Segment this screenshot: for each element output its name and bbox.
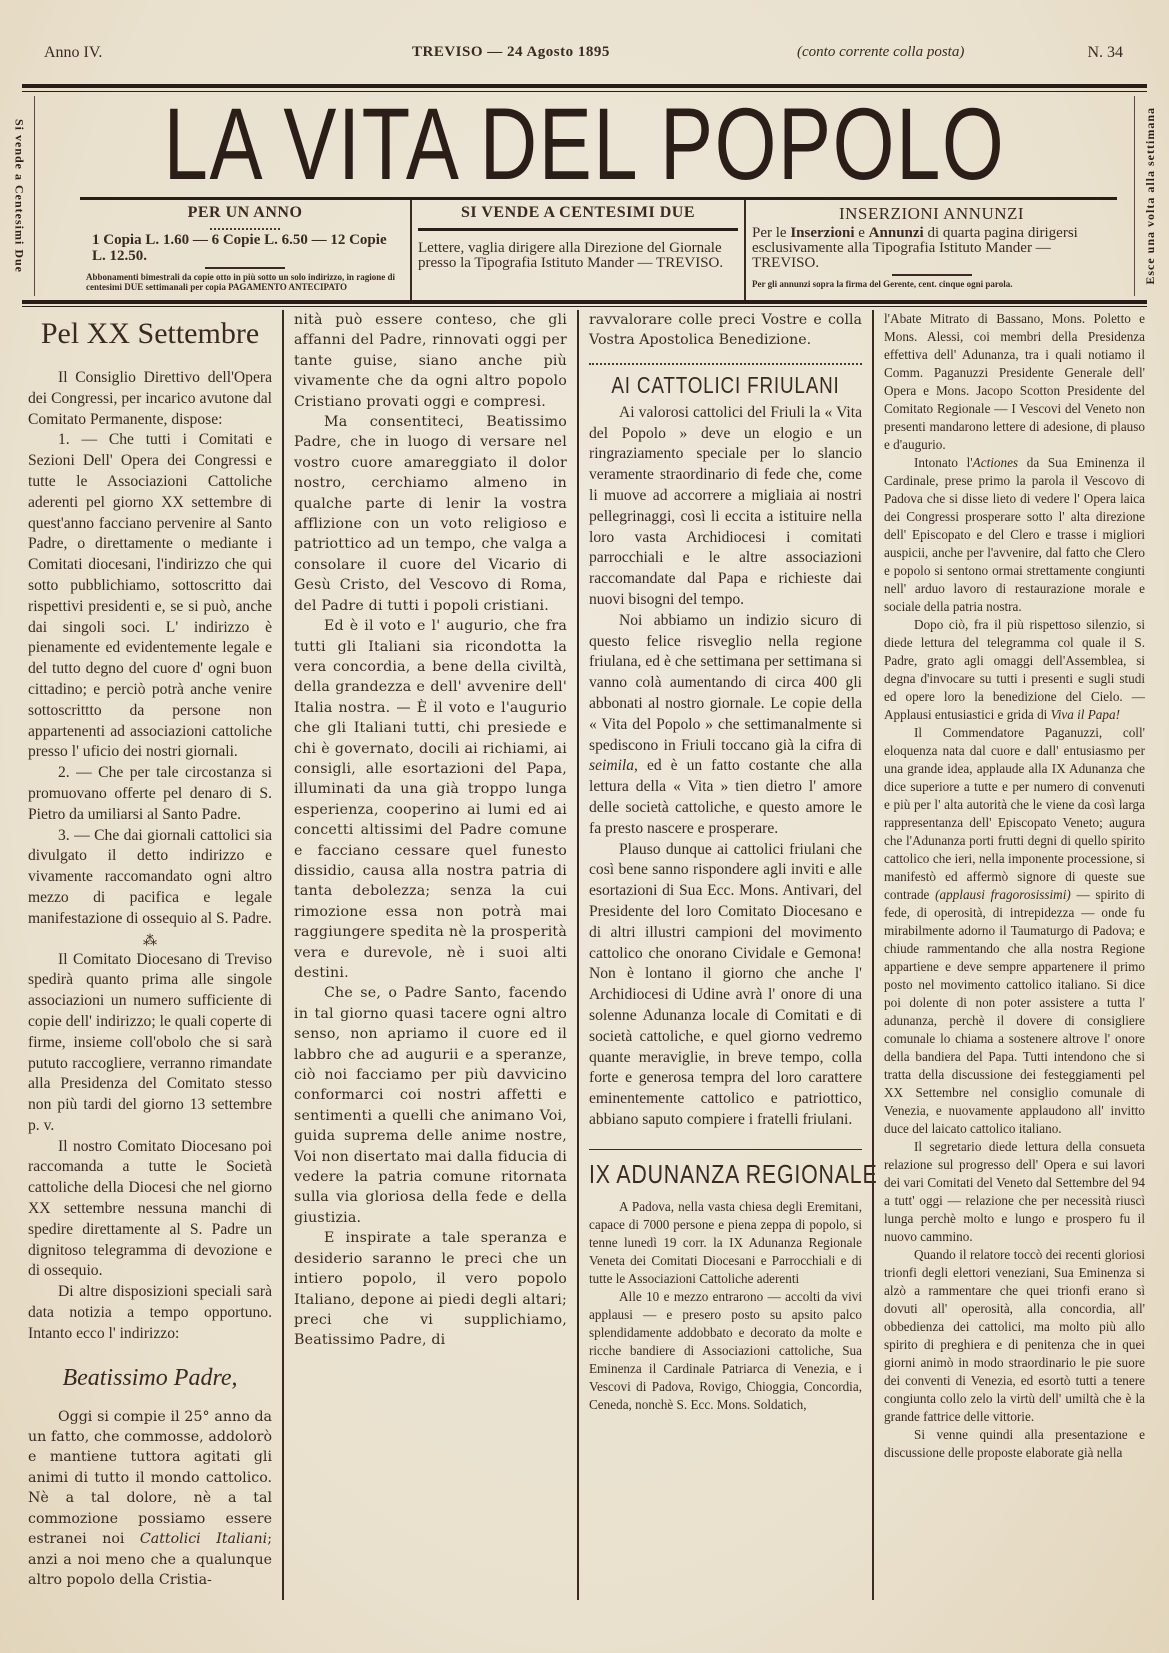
column-4: l'Abate Mitrato di Bassano, Mons. Polett… — [872, 310, 1155, 1600]
issue-number: N. 34 — [1087, 44, 1123, 62]
side-text-right: Esce una volta alla settimana — [1143, 107, 1158, 285]
text-run: Intonato l' — [914, 455, 973, 470]
masthead-info-row: PER UN ANNO 1 Copia L. 1.60 — 6 Copie L.… — [80, 197, 1117, 300]
text-run: da Sua Eminenza il Cardinale, prese prim… — [884, 455, 1145, 614]
paragraph: Il nostro Comitato Diocesano poi raccoma… — [28, 1137, 272, 1283]
paragraph: Oggi si compie il 25° anno da un fatto, … — [28, 1407, 272, 1591]
side-band-right: Esce una volta alla settimana — [1134, 96, 1165, 296]
dateline: Anno IV. TREVISO — 24 Agosto 1895 (conto… — [42, 44, 1127, 66]
paragraph: Di altre disposizioni speciali sarà data… — [28, 1282, 272, 1344]
subscription-note: Abbonamenti bimestrali da copie otto in … — [86, 272, 404, 292]
paragraph: Il Comitato Diocesano di Treviso spedirà… — [28, 950, 272, 1137]
headline-pel-xx-settembre: Pel XX Settembre — [28, 314, 272, 354]
text-run: Noi abbiamo un indizio sicuro di questo … — [589, 612, 862, 754]
volume-year: Anno IV. — [44, 44, 102, 62]
newspaper-page: Anno IV. TREVISO — 24 Agosto 1895 (conto… — [0, 0, 1169, 1653]
headline-ix-adunanza-regionale: IX ADUNANZA REGIONALE — [589, 1158, 862, 1190]
ads-body-text: Per le — [752, 225, 790, 241]
subscription-box: PER UN ANNO 1 Copia L. 1.60 — 6 Copie L.… — [80, 200, 410, 300]
paragraph: Il Consiglio Direttivo dell'Opera dei Co… — [28, 368, 272, 430]
paragraph: Dopo ciò, fra il più rispettoso silenzio… — [884, 616, 1145, 724]
paragraph: l'Abate Mitrato di Bassano, Mons. Polett… — [884, 310, 1145, 454]
ads-note: Per gli annunzi sopra la firma del Geren… — [752, 279, 1111, 289]
section-divider-ornamental — [589, 363, 862, 365]
column-1: Pel XX Settembre Il Consiglio Direttivo … — [22, 310, 282, 1600]
ads-heading: INSERZIONI ANNUNZI — [752, 204, 1111, 224]
side-text-left: Si vende a Centesimi Due — [12, 119, 27, 273]
section-divider — [589, 1149, 862, 1150]
paragraph: Ed è il voto e l' augurio, che fra tutti… — [294, 616, 567, 983]
paragraph: Il segretario diede lettura della consue… — [884, 1138, 1145, 1246]
italic-run: seimila — [589, 757, 634, 774]
postal-note: (conto corrente colla posta) — [797, 44, 964, 61]
price-box: SI VENDE A CENTESIMI DUE Lettere, vaglia… — [410, 200, 744, 300]
italic-run: Actiones — [973, 455, 1018, 470]
paragraph: Alle 10 e mezzo entrarono — accolti da v… — [589, 1288, 862, 1414]
paragraph: Noi abbiamo un indizio sicuro di questo … — [589, 611, 862, 840]
short-divider — [892, 274, 972, 276]
text-run: Il Commendatore Paganuzzi, coll' eloquen… — [884, 725, 1145, 902]
ads-body-text: e — [855, 225, 869, 241]
paragraph: Ma consentiteci, Beatissimo Padre, che i… — [294, 412, 567, 616]
paragraph: 3. — Che dai giornali cattolici sia divu… — [28, 826, 272, 930]
paragraph: nità può essere conteso, che gli affanni… — [294, 310, 567, 412]
masthead-bottom-rule — [22, 300, 1147, 304]
paragraph: Intonato l'Actiones da Sua Eminenza il C… — [884, 454, 1145, 616]
column-3: ravvalorare colle preci Vostre e colla V… — [577, 310, 872, 1600]
paragraph: ravvalorare colle preci Vostre e colla V… — [589, 310, 862, 351]
short-divider — [205, 267, 285, 269]
article-columns: Pel XX Settembre Il Consiglio Direttivo … — [22, 310, 1155, 1600]
salutation: Beatissimo Padre, — [28, 1365, 272, 1391]
subscription-prices: 1 Copia L. 1.60 — 6 Copie L. 6.50 — 12 C… — [86, 232, 404, 264]
newspaper-title: LA VITA DEL POPOLO — [160, 88, 1009, 200]
paragraph: Che se, o Padre Santo, facendo in tal gi… — [294, 983, 567, 1228]
paragraph: Il Commendatore Paganuzzi, coll' eloquen… — [884, 724, 1145, 1138]
ornament-rule — [210, 223, 280, 230]
city-date: TREVISO — 24 Agosto 1895 — [412, 44, 610, 61]
asterism-divider: ⁂ — [28, 936, 272, 948]
paragraph: Plauso dunque ai cattolici friulani che … — [589, 840, 862, 1131]
side-band-left: Si vende a Centesimi Due — [4, 96, 35, 296]
subscription-heading: PER UN ANNO — [86, 204, 404, 222]
price-heading: SI VENDE A CENTESIMI DUE — [418, 204, 738, 222]
price-body: Lettere, vaglia dirigere alla Direzione … — [418, 228, 738, 271]
paragraph: Si venne quindi alla presentazione e dis… — [884, 1426, 1145, 1462]
italic-run: (applausi fragorosissimi) — [935, 887, 1071, 902]
text-run: Oggi si compie il 25° anno da un fatto, … — [28, 1409, 272, 1547]
masthead-bottom-rule-thin — [22, 306, 1147, 307]
ads-box: INSERZIONI ANNUNZI Per le Inserzioni e A… — [744, 200, 1117, 300]
column-2: nità può essere conteso, che gli affanni… — [282, 310, 577, 1600]
ads-body: Per le Inserzioni e Annunzi di quarta pa… — [752, 226, 1111, 271]
paragraph: E inspirate a tale speranza e desiderio … — [294, 1228, 567, 1350]
paragraph: Ai valorosi cattolici del Friuli la « Vi… — [589, 403, 862, 611]
text-run: — spirito di fede, di operosità, di intr… — [884, 887, 1145, 1136]
paragraph: 2. — Che per tale circostanza si promuov… — [28, 763, 272, 825]
ads-body-bold: Annunzi — [869, 225, 924, 241]
paragraph: Quando il relatore toccò dei recenti glo… — [884, 1246, 1145, 1426]
headline-ai-cattolici-friulani: AI CATTOLICI FRIULANI — [597, 371, 854, 399]
ads-body-bold: Inserzioni — [790, 225, 854, 241]
italic-run: Cattolici Italiani — [140, 1531, 267, 1547]
italic-run: Viva il Papa! — [1051, 707, 1120, 722]
paragraph: 1. — Che tutti i Comitati e Sezioni Dell… — [28, 430, 272, 763]
paragraph: A Padova, nella vasta chiesa degli Eremi… — [589, 1198, 862, 1288]
